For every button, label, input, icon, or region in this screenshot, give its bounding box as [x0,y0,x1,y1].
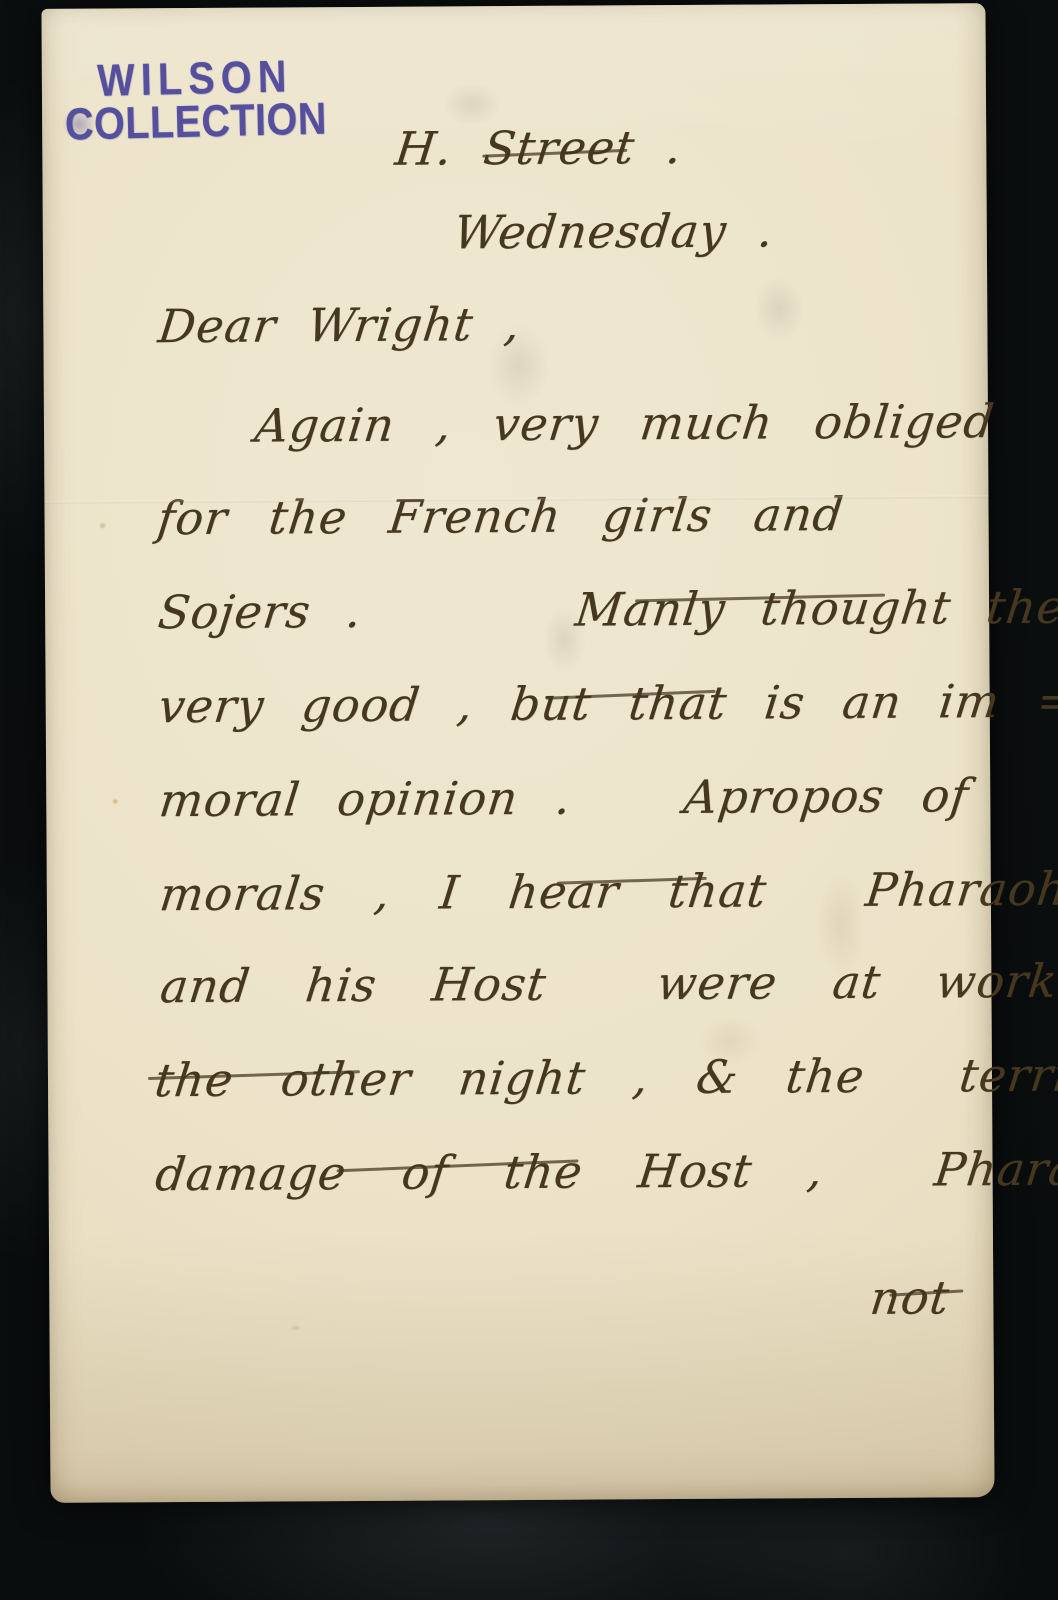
body-line-5: moral opinion . Apropos of [156,769,971,827]
ink-blot [54,100,104,149]
salutation-line: Dear Wright , [156,298,524,353]
foxing-spot [287,1323,303,1332]
smudge [473,306,564,427]
smudge [684,1004,776,1077]
foxing-spot [110,796,120,806]
wilson-collection-stamp: WILSON COLLECTION [60,52,331,146]
body-line-3: Sojers . Manly thought them [155,580,1058,639]
body-line-9: damage of the Host , Pharaoh [153,1142,1058,1201]
smudge [743,262,816,354]
smudge [430,74,514,135]
photo-backdrop: WILSON COLLECTION H. Street . Wednesday … [0,0,1058,1600]
catchword: not [867,1271,952,1324]
date-line: Wednesday . [451,204,777,259]
body-line-7: and his Host were at work [158,955,1058,1013]
body-line-4: very good , but that is an im = [156,675,1058,734]
body-line-8: the other night , & the terrible [152,1048,1058,1107]
smudge [805,844,878,1004]
body-line-1: Again , very much obliged [252,395,997,452]
letter-paper: WILSON COLLECTION H. Street . Wednesday … [41,3,994,1503]
body-line-6: morals , I hear that Pharaoh [157,863,1058,921]
smudge [533,594,596,686]
foxing-spot [97,520,109,530]
